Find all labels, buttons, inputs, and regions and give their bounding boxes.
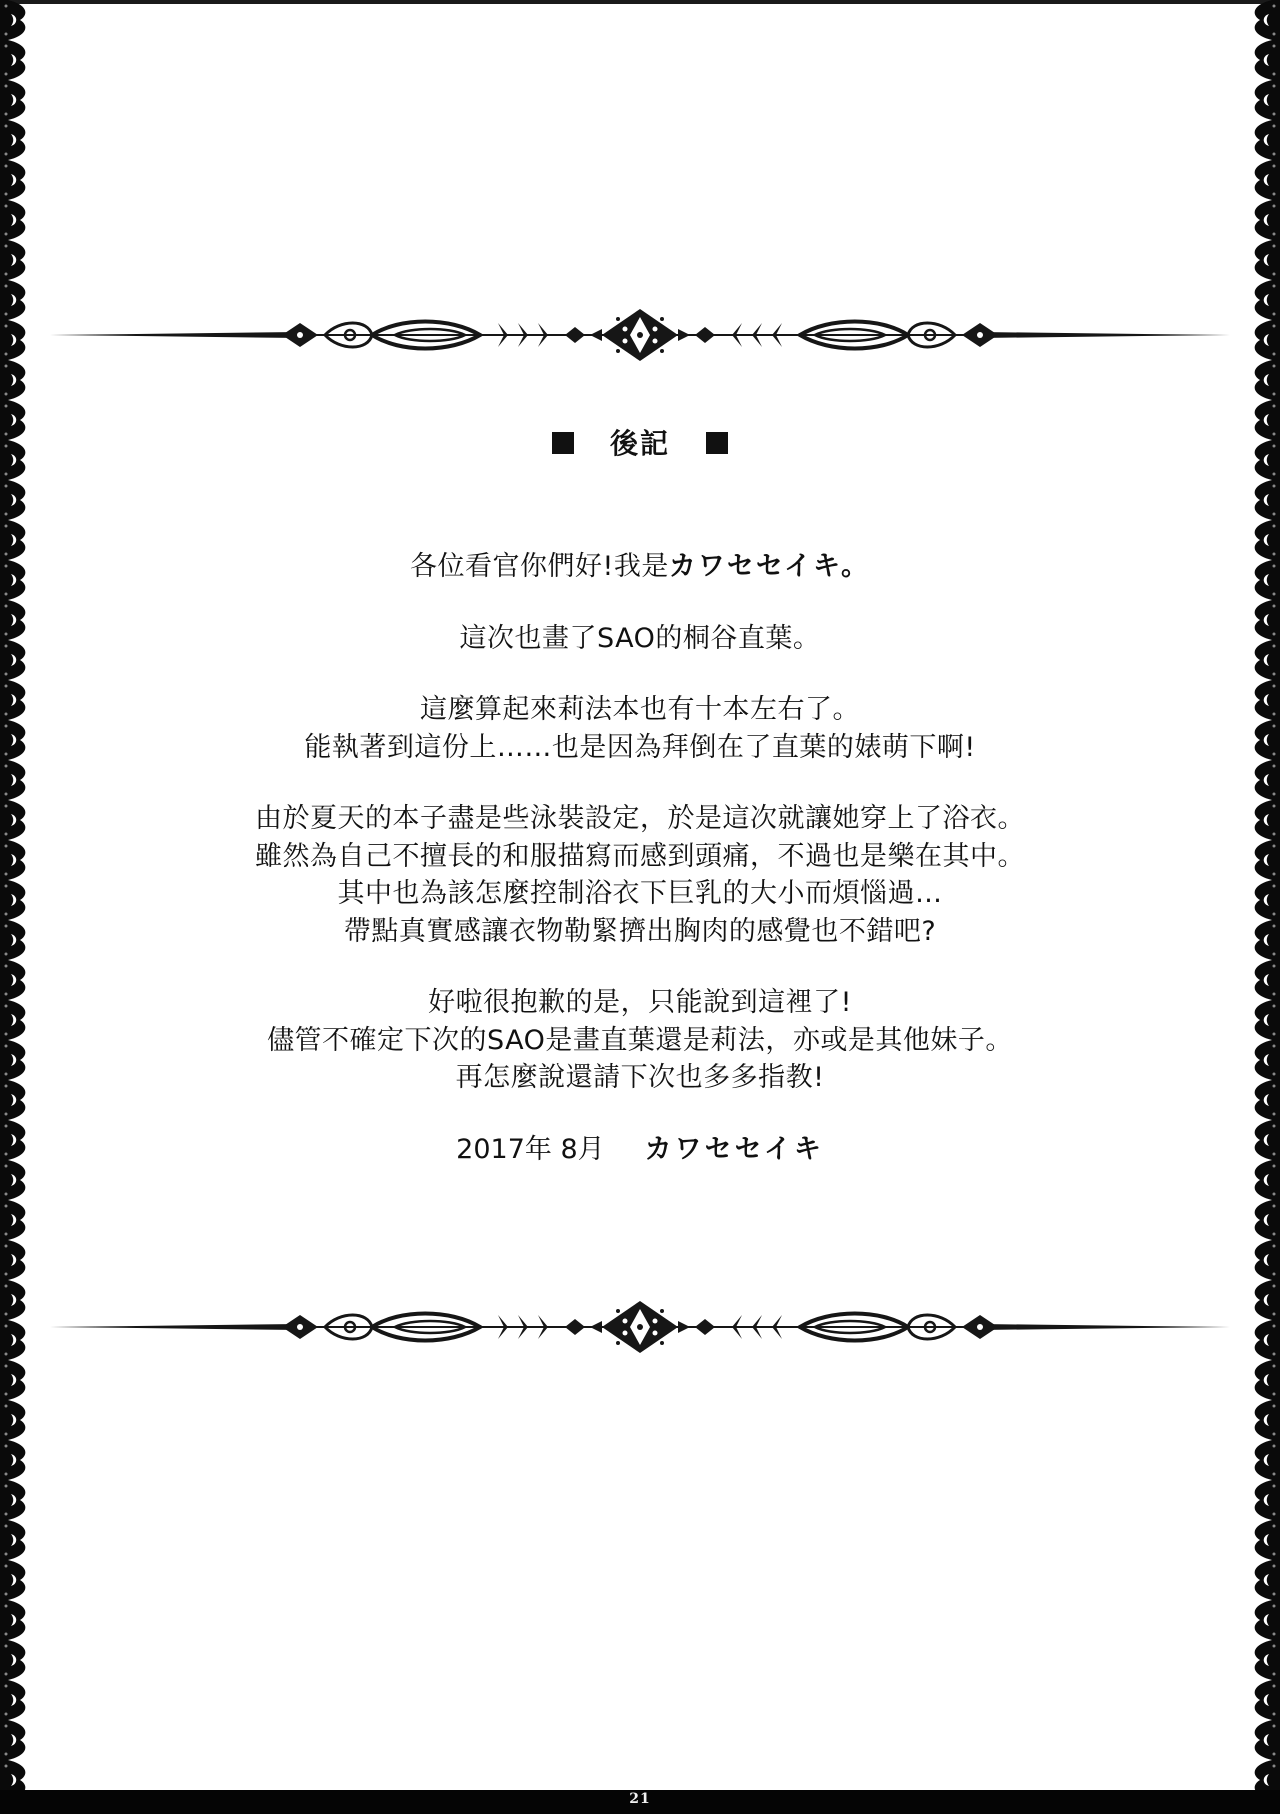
ornamental-divider-bottom [50,1297,1230,1357]
text-line: 其中也為該怎麼控制浴衣下巨乳的大小而煩惱過… [0,875,1280,913]
signature: 2017年 8月カワセセイキ [0,1131,1280,1168]
text-line: 由於夏天的本子盡是些泳裝設定，於是這次就讓她穿上了浴衣。 [0,800,1280,838]
text-line: 這次也畫了SAO的桐谷直葉。 [0,620,1280,658]
square-marker-icon [706,432,728,454]
page-number: 21 [0,1791,1280,1807]
paragraph-closing: 好啦很抱歉的是，只能說到這裡了! 儘管不確定下次的SAO是畫直葉還是莉法，亦或是… [0,984,1280,1097]
line-text: 各位看官你們好!我是 [410,551,669,582]
text-line: 帶點真實感讓衣物勒緊擠出胸肉的感覺也不錯吧? [0,913,1280,951]
text-line: 各位看官你們好!我是カワセセイキ。 [0,548,1280,586]
heading-title: 後記 [610,427,670,460]
afterword-body: 各位看官你們好!我是カワセセイキ。 這次也畫了SAO的桐谷直葉。 這麼算起來莉法… [0,548,1280,1168]
author-name-inline: カワセセイキ。 [669,551,870,582]
text-line: 能執著到這份上……也是因為拜倒在了直葉的婊萌下啊! [0,729,1280,767]
afterword-heading: 後記 [0,422,1280,462]
paragraph-yukata: 由於夏天的本子盡是些泳裝設定，於是這次就讓她穿上了浴衣。 雖然為自己不擅長的和服… [0,800,1280,950]
paragraph-subject: 這次也畫了SAO的桐谷直葉。 [0,620,1280,658]
top-edge-bar [0,0,1280,4]
text-line: 這麼算起來莉法本也有十本左右了。 [0,691,1280,729]
text-line: 儘管不確定下次的SAO是畫直葉還是莉法，亦或是其他妹子。 [0,1022,1280,1060]
square-marker-icon [552,432,574,454]
paragraph-greeting: 各位看官你們好!我是カワセセイキ。 [0,548,1280,586]
paragraph-count: 這麼算起來莉法本也有十本左右了。 能執著到這份上……也是因為拜倒在了直葉的婊萌下… [0,691,1280,766]
ornamental-divider-top [50,305,1230,365]
signature-date: 2017年 8月 [456,1134,604,1165]
signature-author: カワセセイキ [645,1134,824,1165]
text-line: 好啦很抱歉的是，只能說到這裡了! [0,984,1280,1022]
text-line: 再怎麼說還請下次也多多指教! [0,1059,1280,1097]
text-line: 雖然為自己不擅長的和服描寫而感到頭痛，不過也是樂在其中。 [0,838,1280,876]
